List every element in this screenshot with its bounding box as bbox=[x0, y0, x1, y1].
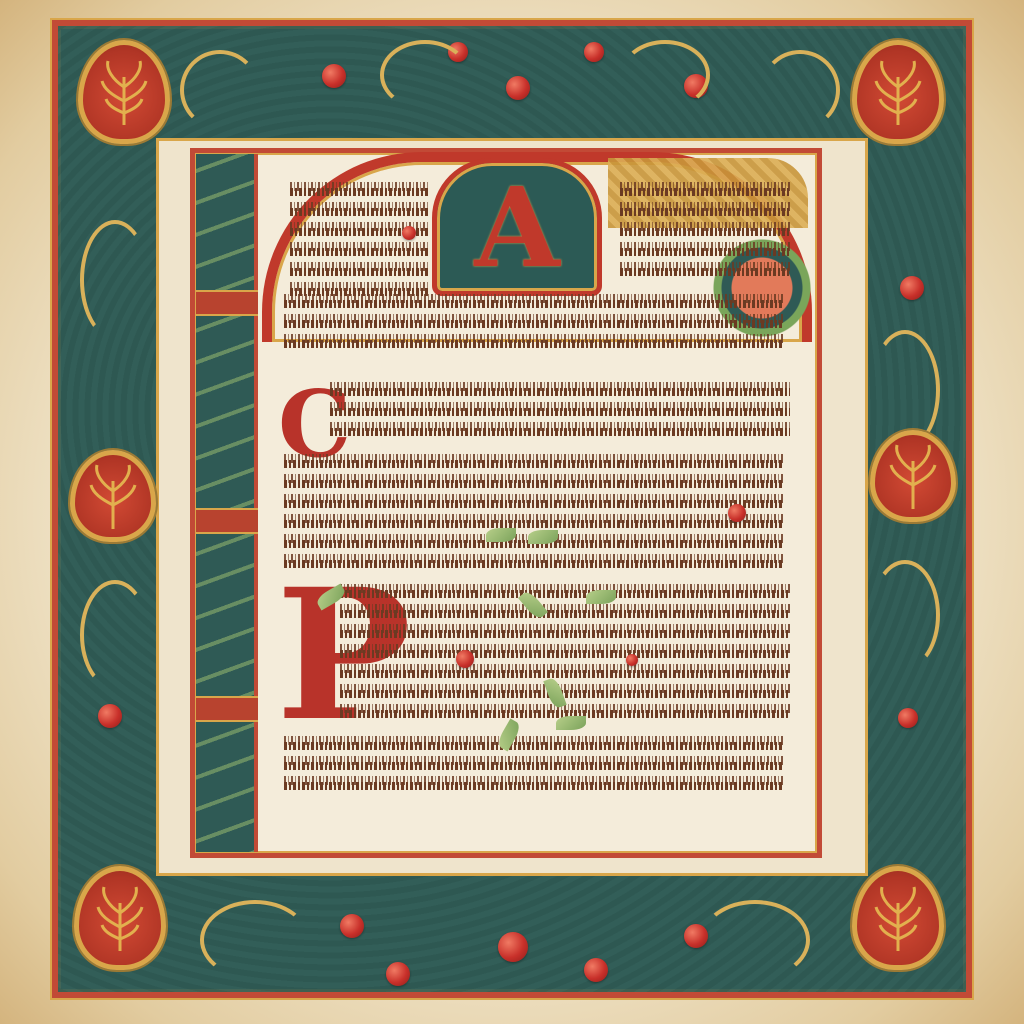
gold-tree-icon bbox=[90, 883, 150, 953]
initial-letter-a: A bbox=[432, 158, 602, 296]
text-block-middle-full bbox=[284, 460, 784, 580]
berry-ornament bbox=[402, 226, 416, 240]
gold-tree-icon bbox=[83, 461, 143, 531]
berry-ornament bbox=[898, 708, 918, 728]
berry-ornament bbox=[340, 914, 364, 938]
vine-scroll bbox=[620, 40, 710, 110]
berry-ornament bbox=[498, 932, 528, 962]
berry-ornament bbox=[506, 76, 530, 100]
gold-tree-icon bbox=[868, 57, 928, 127]
berry-ornament bbox=[900, 276, 924, 300]
text-block-upper bbox=[284, 300, 784, 360]
gold-tree-icon bbox=[883, 441, 943, 511]
column-band bbox=[196, 696, 258, 722]
berry-ornament bbox=[386, 962, 410, 986]
leaf-ornament bbox=[556, 716, 586, 730]
gold-tree-icon bbox=[868, 883, 928, 953]
text-block-upper-right bbox=[620, 188, 790, 288]
berry-ornament bbox=[584, 42, 604, 62]
berry-ornament bbox=[98, 704, 122, 728]
vine-scroll bbox=[80, 580, 150, 690]
vine-scroll bbox=[760, 50, 840, 130]
text-block-middle bbox=[330, 388, 790, 448]
leaf-ornament bbox=[528, 530, 558, 544]
berry-ornament bbox=[626, 654, 638, 666]
berry-ornament bbox=[728, 504, 746, 522]
berry-ornament bbox=[322, 64, 346, 88]
vine-scroll bbox=[80, 220, 150, 340]
text-block-lower bbox=[340, 590, 790, 730]
berry-ornament bbox=[456, 650, 474, 668]
text-block-upper-left bbox=[290, 188, 430, 308]
column-band bbox=[196, 508, 258, 534]
leaf-ornament bbox=[586, 590, 616, 604]
vine-scroll bbox=[870, 560, 940, 670]
berry-ornament bbox=[584, 958, 608, 982]
leaf-ornament bbox=[486, 528, 516, 542]
vine-scroll bbox=[180, 50, 260, 130]
text-block-lower-full bbox=[284, 742, 784, 802]
vine-scroll bbox=[380, 40, 470, 110]
vine-scroll bbox=[200, 900, 310, 980]
gold-tree-icon bbox=[94, 57, 154, 127]
vine-scroll bbox=[700, 900, 810, 980]
column-band bbox=[196, 290, 258, 316]
left-decorated-column bbox=[196, 154, 258, 852]
